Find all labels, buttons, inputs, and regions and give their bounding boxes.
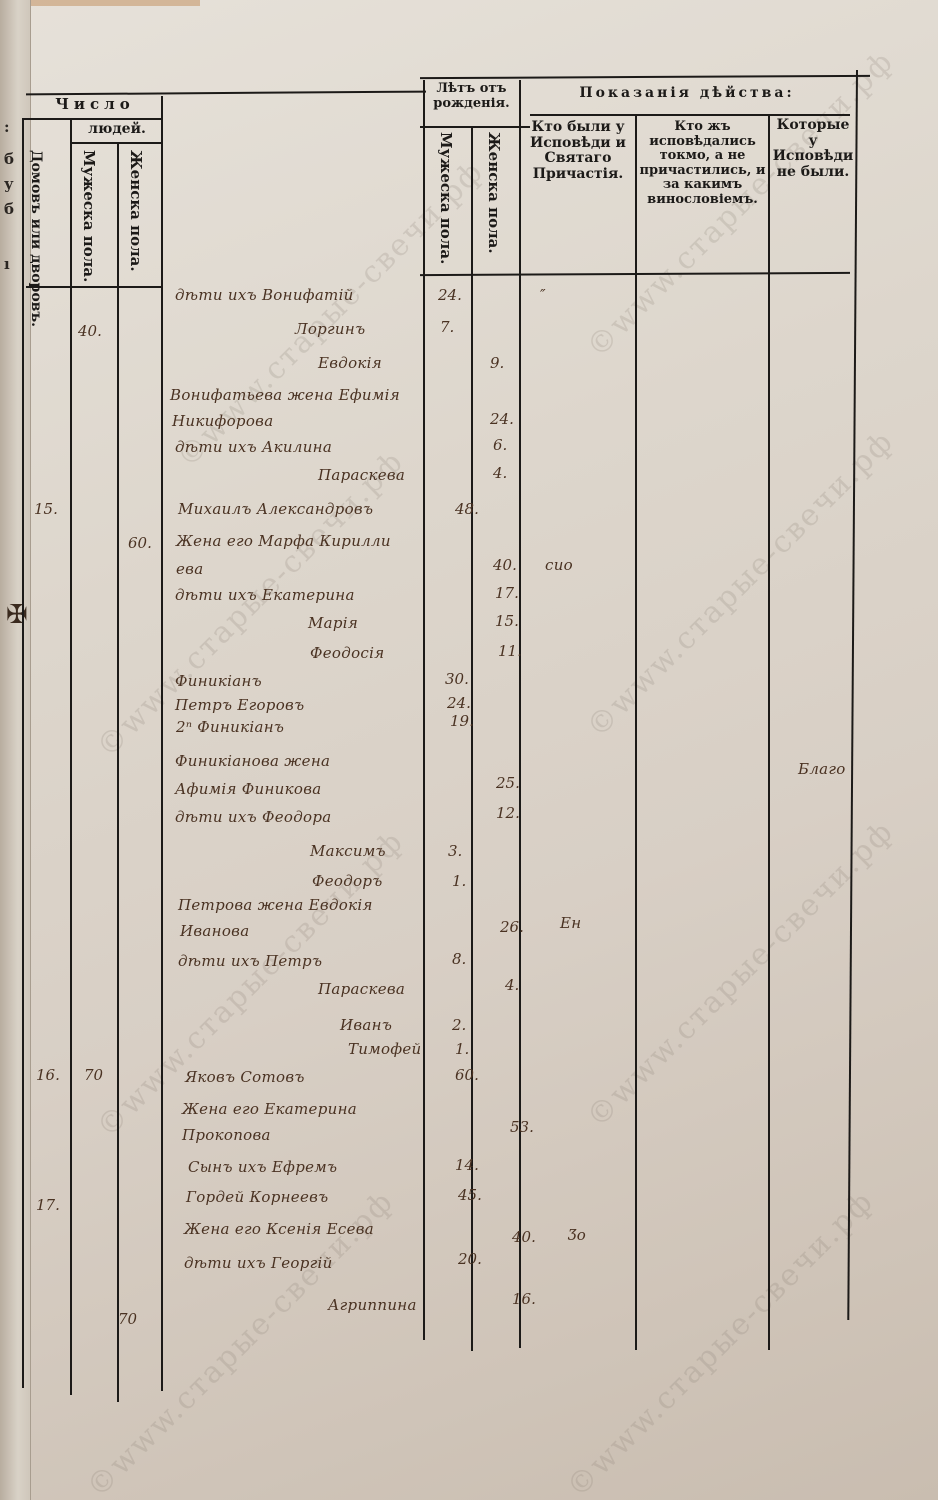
left-page-fragment: у: [4, 175, 14, 193]
person-name: дѣти ихъ Вонифатій: [175, 286, 354, 304]
age-male: 8.: [452, 950, 466, 968]
column-rule: [635, 114, 637, 1350]
header-actions: Показанія дѣйства:: [522, 86, 852, 102]
person-name: Гордей Корнеевъ: [186, 1188, 328, 1206]
person-name: Никифорова: [172, 412, 273, 430]
left-page-fragment: ı: [4, 255, 10, 273]
column-rule: [519, 80, 521, 1348]
age-female: 4.: [505, 976, 519, 994]
person-name: дѣти ихъ Феодора: [175, 808, 332, 826]
age-male: 45.: [458, 1186, 482, 1204]
age-male: 3.: [448, 842, 462, 860]
person-name: Феодоръ: [312, 872, 383, 890]
header-confessed-not-communed: Кто жъ исповѣдались токмо, а не причасти…: [637, 120, 768, 207]
person-name: Петръ Егоровъ: [175, 696, 304, 714]
age-female: 15.: [495, 612, 519, 630]
communed-mark: Ен: [560, 914, 581, 932]
age-female: 16.: [512, 1290, 536, 1308]
age-male: 7.: [440, 318, 454, 336]
header-male-count: Мужеска пола.: [80, 150, 98, 280]
age-female: 11.: [498, 642, 522, 660]
person-name: Жена его Марфа Кирилли: [176, 532, 391, 550]
column-rule: [117, 142, 119, 1402]
column-rule: [847, 70, 858, 1320]
person-name: ева: [176, 560, 203, 578]
subheader-rule: [22, 118, 162, 120]
age-female: 25.: [496, 774, 520, 792]
header-age: Лѣтъ отъ рожденія.: [424, 82, 519, 111]
not-confessed-mark: Благо: [798, 760, 846, 778]
age-male: 2.: [452, 1016, 466, 1034]
subheader-rule: [530, 114, 850, 116]
left-page-fragment: :: [4, 118, 10, 136]
age-male: 24.: [447, 694, 471, 712]
age-male: 24.: [438, 286, 462, 304]
person-name: Афимія Финикова: [175, 780, 322, 798]
age-male: 1.: [452, 872, 466, 890]
age-female: 40.: [512, 1228, 536, 1246]
header-households: Домовъ или дворовъ.: [28, 150, 44, 280]
person-name: дѣти ихъ Акилина: [175, 438, 332, 456]
watermark: ©www.старые-свечи.рф: [560, 1184, 881, 1500]
person-name: Вонифатьева жена Ефимія: [170, 386, 400, 404]
age-female: 24.: [490, 410, 514, 428]
person-name: Лоргинъ: [295, 320, 365, 338]
subheader-rule: [420, 126, 530, 128]
header-age-female: Женска пола.: [485, 132, 503, 267]
header-confessed-communed: Кто были у Исповѣди и Святаго Причастія.: [521, 120, 635, 183]
person-name: Жена его Ксенія Есева: [184, 1220, 374, 1238]
age-male: 14.: [455, 1156, 479, 1174]
age-male: 1.: [455, 1040, 469, 1058]
communed-mark: сио: [545, 556, 573, 574]
person-name: Марія: [308, 614, 358, 632]
age-male: 60.: [455, 1066, 479, 1084]
adjacent-page-edge: : б у б ı: [0, 0, 31, 1500]
column-rule: [423, 80, 425, 1340]
person-name: 2ⁿ Финикіанъ: [176, 718, 284, 736]
age-male: 19.: [450, 712, 474, 730]
age-male: 20.: [458, 1250, 482, 1268]
column-rule: [70, 120, 72, 1395]
header-age-male: Мужеска пола.: [437, 132, 455, 267]
age-female: 53.: [510, 1118, 534, 1136]
left-page-fragment: б: [4, 150, 14, 168]
household-number: 17.: [36, 1196, 60, 1214]
male-count: 40.: [78, 322, 102, 340]
male-count: 70: [84, 1066, 103, 1084]
person-name: Сынъ ихъ Ефремъ: [188, 1158, 337, 1176]
age-male: 30.: [445, 670, 469, 688]
header-people: людей.: [72, 122, 162, 138]
header-number-of-people: Число: [30, 96, 160, 113]
age-male: 48.: [455, 500, 479, 518]
person-name: Параскева: [318, 980, 405, 998]
header-bottom-rule: [26, 286, 161, 288]
person-name: Михаилъ Александровъ: [178, 500, 373, 518]
person-name: Прокопова: [182, 1126, 271, 1144]
age-female: 26.: [500, 918, 524, 936]
person-name: Финикіанова жена: [175, 752, 330, 770]
household-number: 15.: [34, 500, 58, 518]
person-name: Максимъ: [310, 842, 386, 860]
person-name: Иванова: [180, 922, 249, 940]
communed-mark: ″: [540, 286, 546, 304]
person-name: Иванъ: [340, 1016, 392, 1034]
watermark: ©www.старые-свечи.рф: [90, 444, 411, 765]
header-female-count: Женска пола.: [127, 150, 145, 280]
person-name: Параскева: [318, 466, 405, 484]
person-name: Финикіанъ: [175, 672, 262, 690]
person-name: Евдокія: [318, 354, 382, 372]
person-name: Петрова жена Евдокія: [178, 896, 373, 914]
person-name: Агриппина: [328, 1296, 417, 1314]
left-page-fragment: б: [4, 200, 14, 218]
person-name: Феодосія: [310, 644, 384, 662]
column-rule: [768, 114, 770, 1350]
header-not-confessed: Которые у Исповѣди не были.: [770, 118, 856, 181]
age-female: 9.: [490, 354, 504, 372]
column-rule: [22, 118, 24, 1388]
age-female: 6.: [493, 436, 507, 454]
age-female: 40.: [493, 556, 517, 574]
female-count: 60.: [128, 534, 152, 552]
watermark: ©www.старые-свечи.рф: [580, 814, 901, 1135]
header-top-rule: [420, 75, 870, 79]
age-female: 4.: [493, 464, 507, 482]
communed-mark: Ӡо: [568, 1226, 586, 1244]
register-page: : б у б ı ✠ ©www.старые-свечи.рф ©www.ст…: [0, 0, 938, 1500]
person-name: дѣти ихъ Георгій: [184, 1254, 333, 1272]
female-count: 70: [118, 1310, 137, 1328]
person-name: дѣти ихъ Петръ: [178, 952, 322, 970]
household-number: 16.: [36, 1066, 60, 1084]
person-name: Яковъ Сотовъ: [185, 1068, 305, 1086]
margin-cross-mark: ✠: [6, 600, 28, 630]
age-female: 12.: [496, 804, 520, 822]
person-name: дѣти ихъ Екатерина: [175, 586, 355, 604]
age-female: 17.: [495, 584, 519, 602]
column-rule: [161, 96, 163, 1391]
person-name: Жена его Екатерина: [182, 1100, 357, 1118]
person-name: Тимофей: [348, 1040, 422, 1058]
